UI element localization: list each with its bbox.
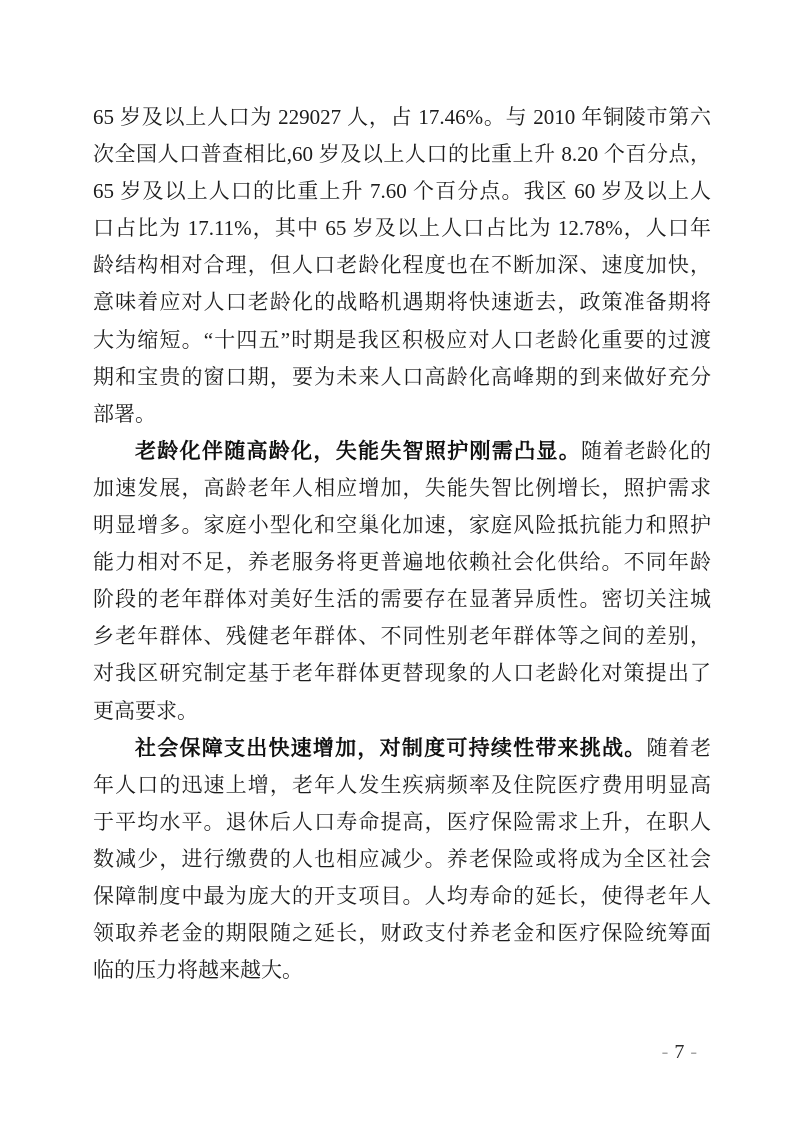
- text-line: 次全国人口普查相比,60 岁及以上人口的比重上升 8.20 个百分点，: [93, 136, 711, 173]
- text-line: 于平均水平。退休后人口寿命提高，医疗保险需求上升，在职人: [93, 804, 711, 841]
- text-run: 随着老: [647, 736, 711, 760]
- text-line: 65 岁及以上人口为 229027 人，占 17.46%。与 2010 年铜陵市…: [93, 99, 711, 136]
- page-number-dash-left: -: [662, 1041, 669, 1063]
- text-line: 社会保障支出快速增加，对制度可持续性带来挑战。随着老: [93, 730, 711, 767]
- text-line: 年人口的迅速上增，老年人发生疾病频率及住院医疗费用明显高: [93, 767, 711, 804]
- paragraph-bold-lead: 社会保障支出快速增加，对制度可持续性带来挑战。: [135, 737, 647, 760]
- document-page: 65 岁及以上人口为 229027 人，占 17.46%。与 2010 年铜陵市…: [0, 0, 793, 1122]
- paragraph-social-security: 社会保障支出快速增加，对制度可持续性带来挑战。随着老 年人口的迅速上增，老年人发…: [93, 730, 711, 990]
- text-line: 65 岁及以上人口的比重上升 7.60 个百分点。我区 60 岁及以上人: [93, 173, 711, 210]
- text-line: 龄结构相对合理，但人口老龄化程度也在不断加深、速度加快，: [93, 247, 711, 284]
- page-number-dash-right: -: [690, 1041, 697, 1063]
- text-line: 大为缩短。“十四五”时期是我区积极应对人口老龄化重要的过渡: [93, 322, 711, 359]
- paragraph-census-statistics: 65 岁及以上人口为 229027 人，占 17.46%。与 2010 年铜陵市…: [93, 99, 711, 433]
- text-line: 数减少，进行缴费的人也相应减少。养老保险或将成为全区社会: [93, 841, 711, 878]
- paragraph-aging-care-needs: 老龄化伴随高龄化，失能失智照护刚需凸显。随着老龄化的 加速发展，高龄老年人相应增…: [93, 433, 711, 730]
- text-line: 领取养老金的期限随之延长，财政支付养老金和医疗保险统筹面: [93, 915, 711, 952]
- text-line: 保障制度中最为庞大的开支项目。人均寿命的延长，使得老年人: [93, 878, 711, 915]
- text-line: 口占比为 17.11%，其中 65 岁及以上人口占比为 12.78%，人口年: [93, 210, 711, 247]
- text-line: 老龄化伴随高龄化，失能失智照护刚需凸显。随着老龄化的: [93, 433, 711, 470]
- text-line: 部署。: [93, 396, 711, 433]
- paragraph-bold-lead: 老龄化伴随高龄化，失能失智照护刚需凸显。: [135, 440, 581, 463]
- text-line: 明显增多。家庭小型化和空巢化加速，家庭风险抵抗能力和照护: [93, 507, 711, 544]
- page-number: 7: [674, 1041, 684, 1063]
- text-line: 阶段的老年群体对美好生活的需要存在显著异质性。密切关注城: [93, 581, 711, 618]
- text-run: 随着老龄化的: [581, 439, 711, 463]
- text-line: 意味着应对人口老龄化的战略机遇期将快速逝去，政策准备期将: [93, 284, 711, 321]
- text-line: 对我区研究制定基于老年群体更替现象的人口老龄化对策提出了: [93, 655, 711, 692]
- page-footer: -7-: [656, 1040, 703, 1064]
- text-line: 加速发展，高龄老年人相应增加，失能失智比例增长，照护需求: [93, 470, 711, 507]
- document-body-text: 65 岁及以上人口为 229027 人，占 17.46%。与 2010 年铜陵市…: [93, 99, 711, 989]
- text-line: 乡老年群体、残健老年群体、不同性别老年群体等之间的差别，: [93, 618, 711, 655]
- text-line: 能力相对不足，养老服务将更普遍地依赖社会化供给。不同年龄: [93, 544, 711, 581]
- text-line: 临的压力将越来越大。: [93, 952, 711, 989]
- text-line: 期和宝贵的窗口期，要为未来人口高龄化高峰期的到来做好充分: [93, 359, 711, 396]
- text-line: 更高要求。: [93, 693, 711, 730]
